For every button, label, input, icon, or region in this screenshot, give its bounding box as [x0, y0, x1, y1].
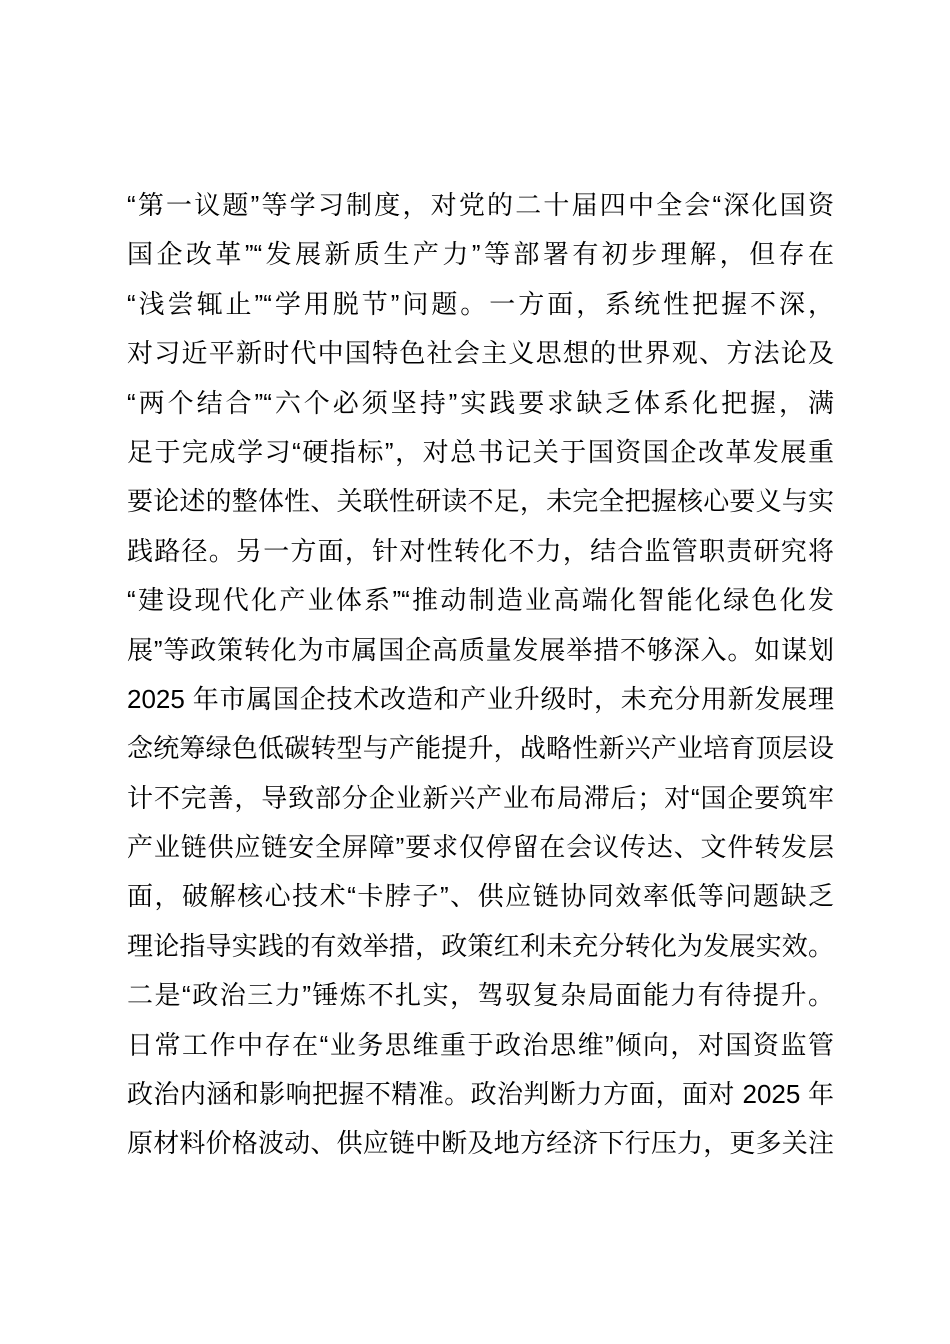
text-line: “第一议题”等学习制度，对党的二十届四中全会“深化国资	[127, 181, 834, 230]
text-line: 原材料价格波动、供应链中断及地方经济下行压力，更多关注	[127, 1119, 834, 1168]
text-line: 计不完善，导致部分企业新兴产业布局滞后；对“国企要筑牢	[127, 774, 834, 823]
text-line: 国企改革”“发展新质生产力”等部署有初步理解，但存在	[127, 230, 834, 279]
text-line: 对习近平新时代中国特色社会主义思想的世界观、方法论及	[127, 329, 834, 378]
text-line: 二是“政治三力”锤炼不扎实，驾驭复杂局面能力有待提升。	[127, 971, 834, 1020]
text-line: “建设现代化产业体系”“推动制造业高端化智能化绿色化发	[127, 576, 834, 625]
text-line: 要论述的整体性、关联性研读不足，未完全把握核心要义与实	[127, 477, 834, 526]
text-line: 理论指导实践的有效举措，政策红利未充分转化为发展实效。	[127, 922, 834, 971]
paragraph-text: “第一议题”等学习制度，对党的二十届四中全会“深化国资 国企改革”“发展新质生产…	[127, 181, 834, 1169]
document-page: “第一议题”等学习制度，对党的二十届四中全会“深化国资 国企改革”“发展新质生产…	[0, 0, 950, 1344]
text-line: 展”等政策转化为市属国企高质量发展举措不够深入。如谋划	[127, 626, 834, 675]
text-line: 产业链供应链安全屏障”要求仅停留在会议传达、文件转发层	[127, 823, 834, 872]
text-line: 政治内涵和影响把握不精准。政治判断力方面，面对 2025 年	[127, 1070, 834, 1119]
text-line: “浅尝辄止”“学用脱节”问题。一方面，系统性把握不深，	[127, 280, 834, 329]
text-line: 足于完成学习“硬指标”，对总书记关于国资国企改革发展重	[127, 428, 834, 477]
text-line: 面，破解核心技术“卡脖子”、供应链协同效率低等问题缺乏	[127, 872, 834, 921]
text-line: 2025 年市属国企技术改造和产业升级时，未充分用新发展理	[127, 675, 834, 724]
text-line: “两个结合”“六个必须坚持”实践要求缺乏体系化把握，满	[127, 379, 834, 428]
text-line: 日常工作中存在“业务思维重于政治思维”倾向，对国资监管	[127, 1021, 834, 1070]
text-line: 践路径。另一方面，针对性转化不力，结合监管职责研究将	[127, 527, 834, 576]
text-line: 念统筹绿色低碳转型与产能提升，战略性新兴产业培育顶层设	[127, 724, 834, 773]
